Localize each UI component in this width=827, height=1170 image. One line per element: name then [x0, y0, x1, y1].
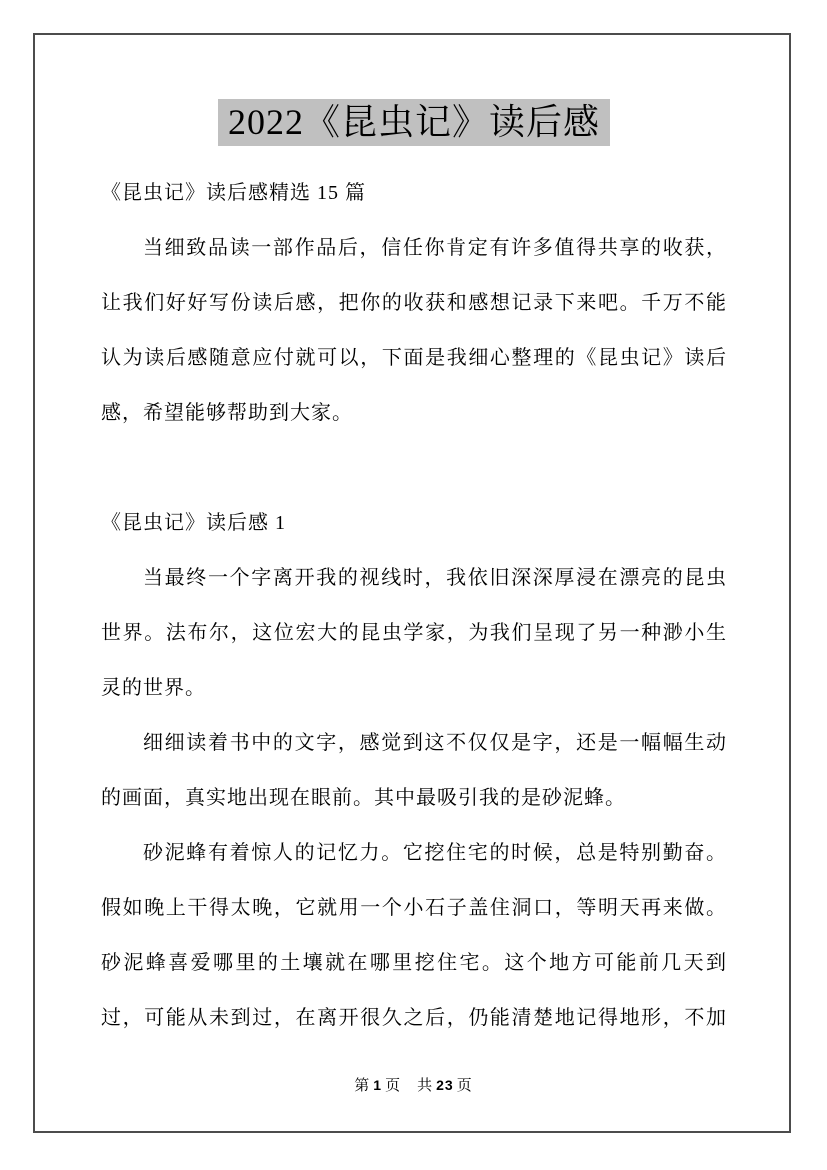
- footer-page-suffix: 页: [385, 1078, 401, 1094]
- footer-total-suffix: 页: [457, 1078, 473, 1094]
- footer-total-prefix: 共: [417, 1078, 433, 1094]
- footer-total-pages: 23: [436, 1077, 454, 1093]
- body-paragraph: 当最终一个字离开我的视线时，我依旧深深厚浸在漂亮的昆虫世界。法布尔，这位宏大的昆…: [101, 551, 727, 716]
- footer-page-prefix: 第: [354, 1078, 370, 1094]
- section-heading: 《昆虫记》读后感 1: [101, 496, 727, 551]
- collection-label: 《昆虫记》读后感精选 15 篇: [101, 166, 727, 221]
- footer-current-page: 1: [373, 1077, 382, 1093]
- body-paragraph: 砂泥蜂有着惊人的记忆力。它挖住宅的时候，总是特别勤奋。假如晚上干得太晚，它就用一…: [101, 826, 727, 1049]
- page-footer: 第1页共23页: [0, 1074, 827, 1095]
- body-paragraph: 细细读着书中的文字，感觉到这不仅仅是字，还是一幅幅生动的画面，真实地出现在眼前。…: [101, 716, 727, 826]
- intro-paragraph: 当细致品读一部作品后，信任你肯定有许多值得共享的收获，让我们好好写份读后感，把你…: [101, 221, 727, 441]
- title-row: 2022《昆虫记》读后感: [101, 99, 727, 146]
- document-content: 2022《昆虫记》读后感 《昆虫记》读后感精选 15 篇 当细致品读一部作品后，…: [101, 33, 727, 1049]
- page-title: 2022《昆虫记》读后感: [218, 99, 610, 146]
- document-page: 2022《昆虫记》读后感 《昆虫记》读后感精选 15 篇 当细致品读一部作品后，…: [0, 0, 827, 1170]
